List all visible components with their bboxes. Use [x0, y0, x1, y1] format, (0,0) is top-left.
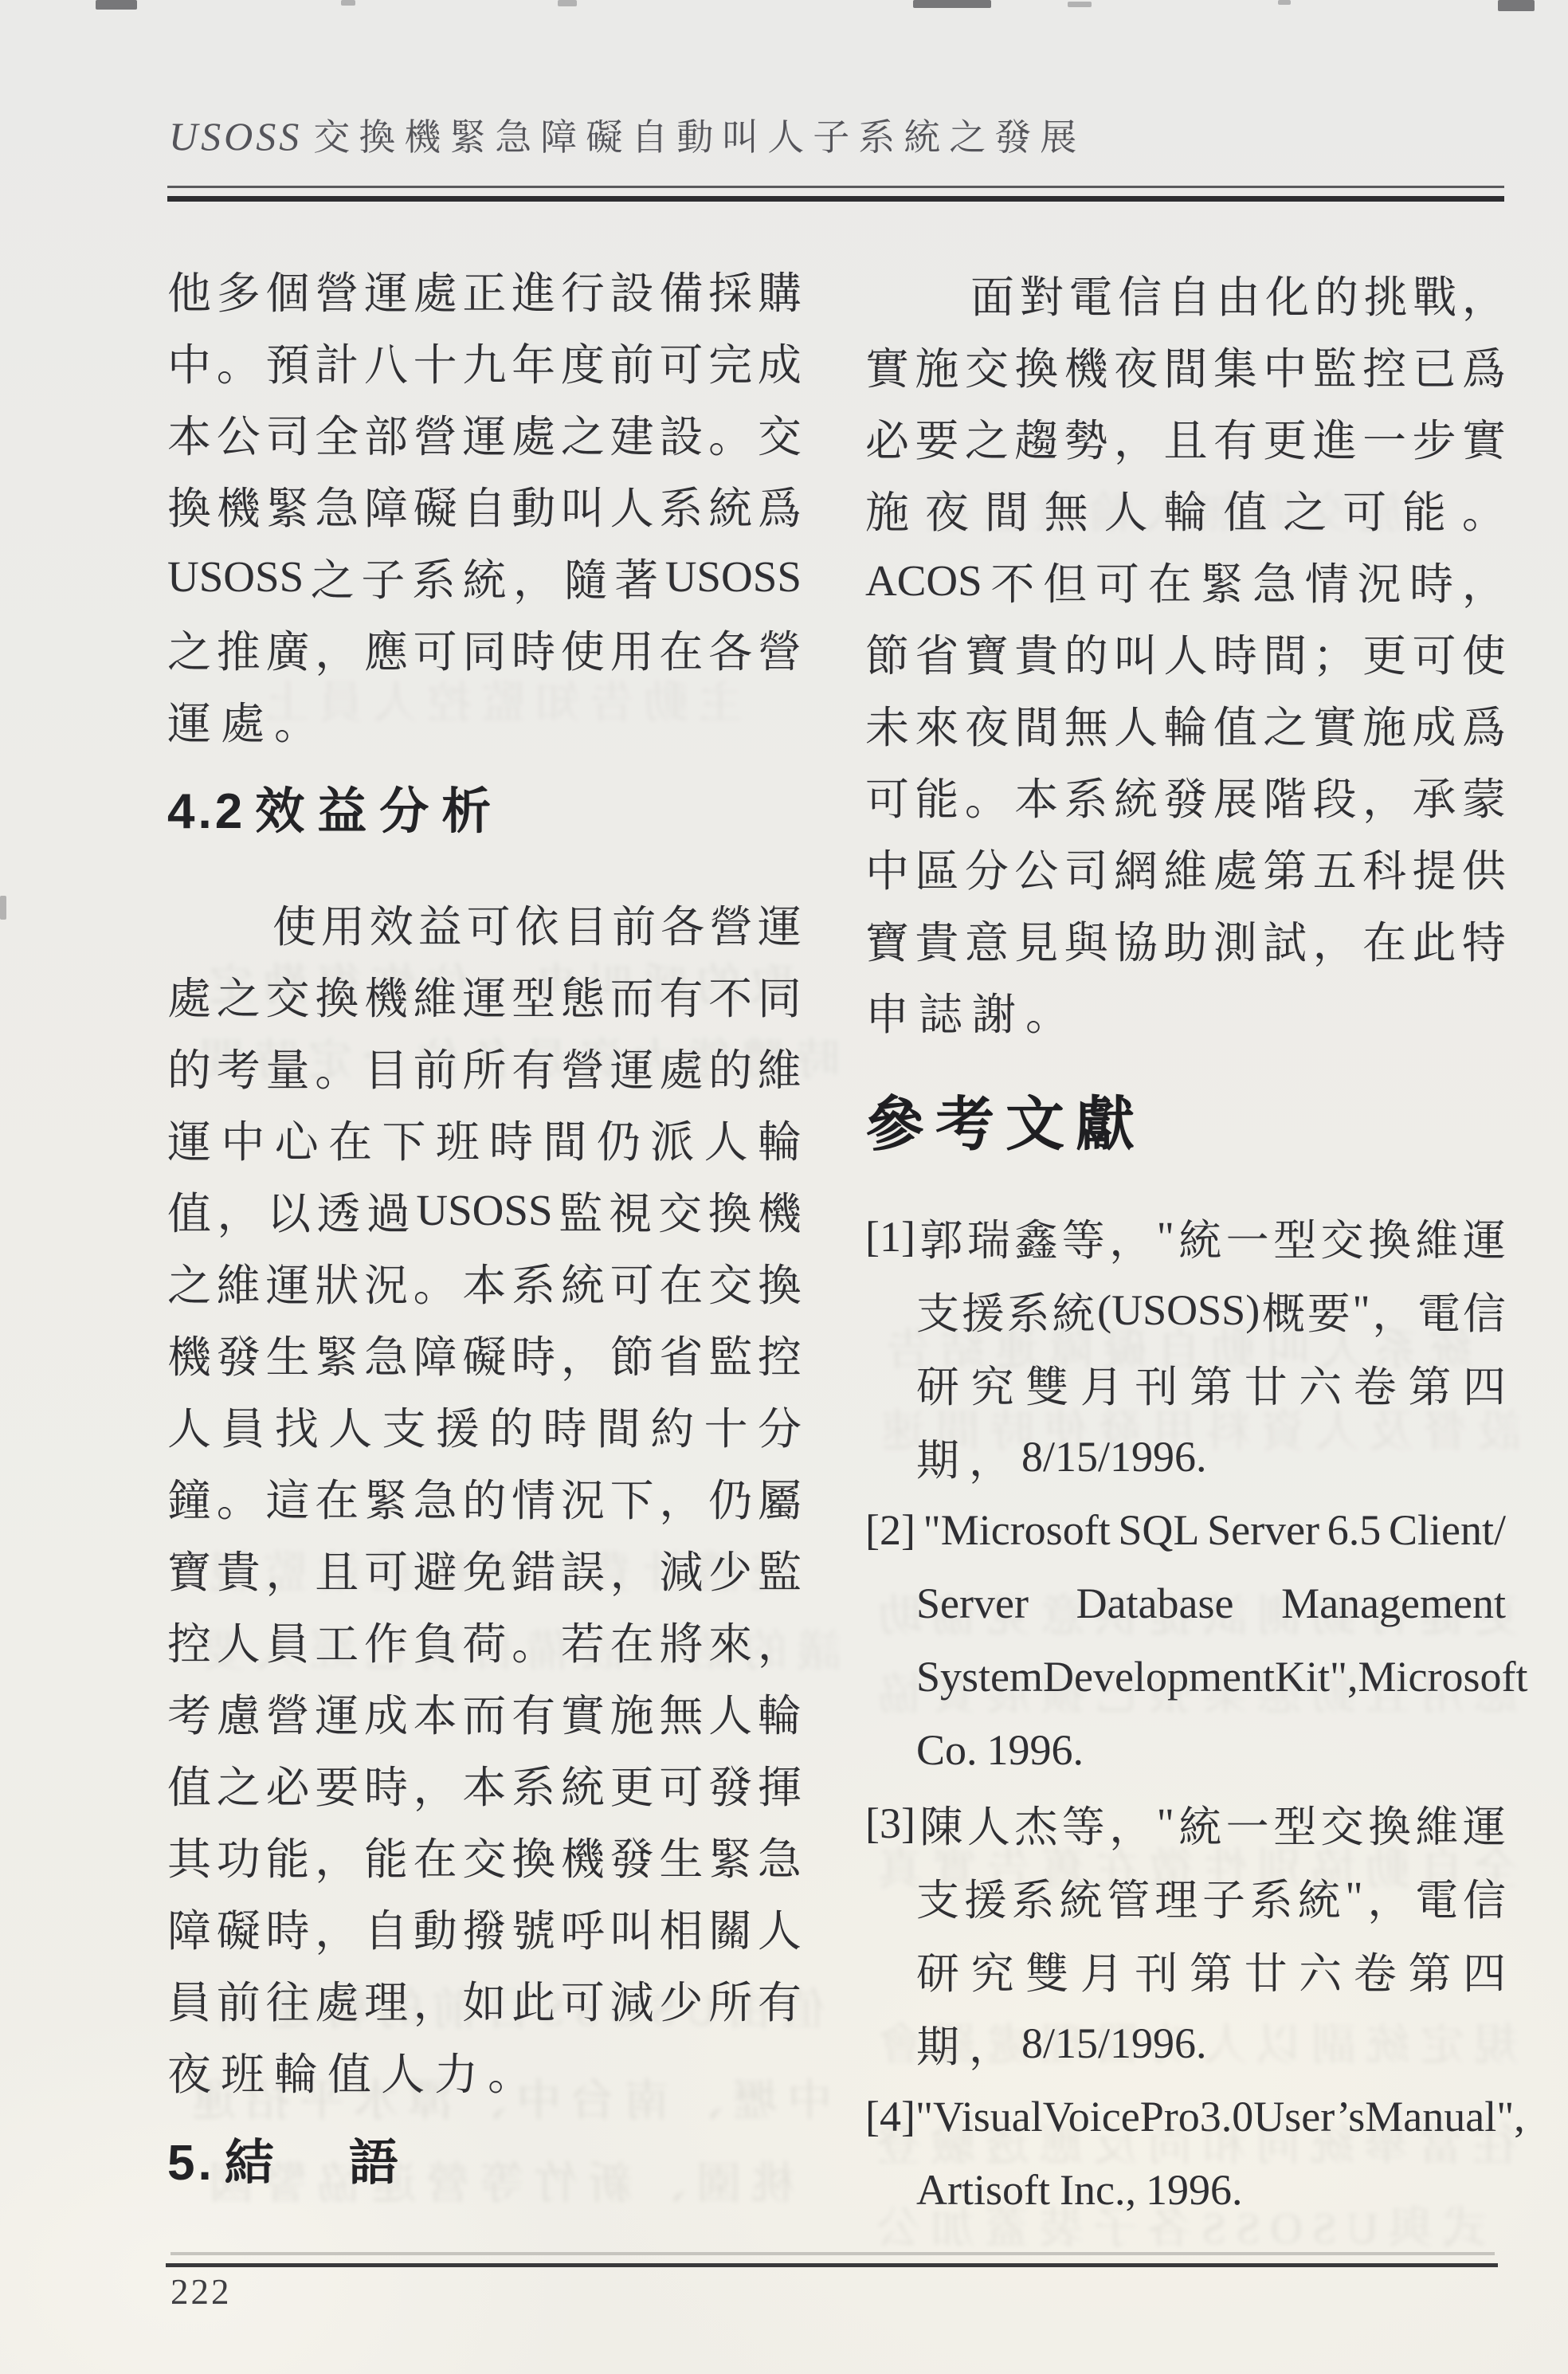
text-line: 其功能，能在交換機發生緊急 [167, 1819, 802, 1891]
text-line: 本公司全部營運處之建設。交 [167, 397, 802, 469]
text-line: [1]郭瑞鑫等，"統一型交換維運 [865, 1200, 1506, 1273]
text-line: 研究雙月刊第廿六卷第四 [865, 1933, 1506, 2007]
text-line: 處之交換機維運型態而有不同 [167, 959, 802, 1030]
section-heading-4-2: 4.2 效益分析 [167, 771, 504, 842]
text-line: 施夜間無人輪值之可能。 [865, 473, 1506, 544]
text-line: 中。預計八十九年度前可完成 [167, 325, 802, 397]
text-line: 鐘。這在緊急的情況下，仍屬 [167, 1461, 802, 1532]
section-title: 效益分析 [255, 771, 504, 842]
right-paragraph-1: 面對電信自由化的挑戰，實施交換機夜間集中監控已爲必要之趨勢，且有更進一步實施夜間… [865, 257, 1506, 1046]
page-title: USOSS交換機緊急障礙自動叫人子系統之發展 [169, 108, 1085, 161]
reference-entry-1: [1]郭瑞鑫等，"統一型交換維運支援系統(USOSS)概要"，電信研究雙月刊第廿… [865, 1200, 1506, 1493]
text-line: 寶貴意見與協助測試，在此特 [865, 903, 1506, 975]
section-number: 5. [167, 2135, 215, 2192]
text-line: 實施交換機夜間集中監控已爲 [865, 329, 1506, 401]
text-line: 運處。 [167, 684, 802, 755]
scan-artifact [1498, 0, 1535, 11]
text-line: 中區分公司網維處第五科提供 [865, 831, 1506, 903]
section-title: 結 語 [225, 2123, 411, 2194]
scan-artifact [1278, 0, 1291, 5]
text-line: 期，8/15/1996. [865, 2007, 1506, 2080]
text-line: 他多個營運處正進行設備採購 [167, 253, 802, 325]
text-line: 研究雙月刊第廿六卷第四 [865, 1347, 1506, 1420]
section-number: 4.2 [167, 783, 245, 840]
text-line: ArtisoftInc.,1996. [865, 2153, 1506, 2227]
text-line: 之推廣，應可同時使用在各營 [167, 612, 802, 684]
title-latin: USOSS [169, 114, 302, 159]
references-heading: 參考文獻 [865, 1077, 1146, 1162]
footer-rule-shadow [171, 2252, 1495, 2255]
text-line: 申誌謝。 [865, 975, 1506, 1046]
text-line: 考慮營運成本而有實施無人輪 [167, 1676, 802, 1748]
text-line: 必要之趨勢，且有更進一步實 [865, 401, 1506, 473]
page-number: 222 [171, 2271, 232, 2313]
journal-page: 主動告知監控人員上取的呼叫冉一位恢復勤定時體態大資是各位一定時間統體計費者轉播重… [0, 0, 1568, 2374]
text-line: 寶貴，且可避免錯誤，減少監 [167, 1532, 802, 1604]
text-line: 值，以透過USOSS監視交換機 [167, 1174, 802, 1246]
text-line: 未來夜間無人輪值之實施成爲 [865, 688, 1506, 759]
text-line: SystemDevelopmentKit",Microsoft [865, 1640, 1506, 1713]
scan-artifact [96, 0, 137, 10]
text-line: 運中心在下班時間仍派人輪 [167, 1102, 802, 1174]
text-line: [4]"VisualVoicePro3.0User’sManual", [865, 2080, 1506, 2153]
section-heading-5: 5. 結 語 [167, 2123, 411, 2194]
footer-rule [166, 2263, 1498, 2267]
text-line: 使用效益可依目前各營運 [167, 887, 802, 959]
scan-artifact [0, 896, 6, 920]
scan-artifact [913, 0, 991, 8]
text-line: 機發生緊急障礙時，節省監控 [167, 1317, 802, 1389]
text-line: 支援系統(USOSS)概要"，電信 [865, 1273, 1506, 1347]
text-line: 的考量。目前所有營運處的維 [167, 1030, 802, 1102]
title-cjk: 交換機緊急障礙自動叫人子系統之發展 [313, 117, 1085, 158]
text-line: 控人員工作負荷。若在將來， [167, 1604, 802, 1676]
text-line: Co.1996. [865, 1713, 1506, 1787]
header-rule-thin [167, 186, 1504, 188]
text-line: 期，8/15/1996. [865, 1420, 1506, 1493]
text-line: 節省寶貴的叫人時間；更可使 [865, 616, 1506, 688]
text-line: 員前往處理，如此可減少所有 [167, 1963, 802, 2035]
text-line: ACOS不但可在緊急情況時， [865, 544, 1506, 616]
text-line: 支援系統管理子系統"，電信 [865, 1860, 1506, 1933]
reference-entry-4: [4]"VisualVoicePro3.0User’sManual",Artis… [865, 2080, 1506, 2227]
text-line: 可能。本系統發展階段，承蒙 [865, 759, 1506, 831]
text-line: [2]"MicrosoftSQLServer6.5Client/ [865, 1493, 1506, 1567]
text-line: 面對電信自由化的挑戰， [865, 257, 1506, 329]
text-line: 人員找人支援的時間約十分 [167, 1389, 802, 1461]
text-line: USOSS之子系統，隨著USOSS [167, 540, 802, 612]
text-line: [3]陳人杰等，"統一型交換維運 [865, 1787, 1506, 1860]
text-line: 障礙時，自動撥號呼叫相關人 [167, 1891, 802, 1963]
scan-artifact [1068, 2, 1092, 7]
scan-artifact [341, 0, 355, 6]
text-line: 之維運狀況。本系統可在交換 [167, 1246, 802, 1317]
reference-entry-3: [3]陳人杰等，"統一型交換維運支援系統管理子系統"，電信研究雙月刊第廿六卷第四… [865, 1787, 1506, 2080]
reference-entry-2: [2]"MicrosoftSQLServer6.5Client/ServerDa… [865, 1493, 1506, 1787]
left-paragraph-2: 使用效益可依目前各營運處之交換機維運型態而有不同的考量。目前所有營運處的維運中心… [167, 887, 802, 2106]
text-line: 換機緊急障礙自動叫人系統爲 [167, 469, 802, 540]
scan-artifact [558, 0, 577, 6]
text-line: ServerDatabaseManagement [865, 1567, 1506, 1640]
text-line: 夜班輪值人力。 [167, 2035, 802, 2106]
header-rule-thick [167, 196, 1504, 202]
text-line: 值之必要時，本系統更可發揮 [167, 1748, 802, 1819]
left-paragraph-1: 他多個營運處正進行設備採購中。預計八十九年度前可完成本公司全部營運處之建設。交換… [167, 253, 802, 755]
